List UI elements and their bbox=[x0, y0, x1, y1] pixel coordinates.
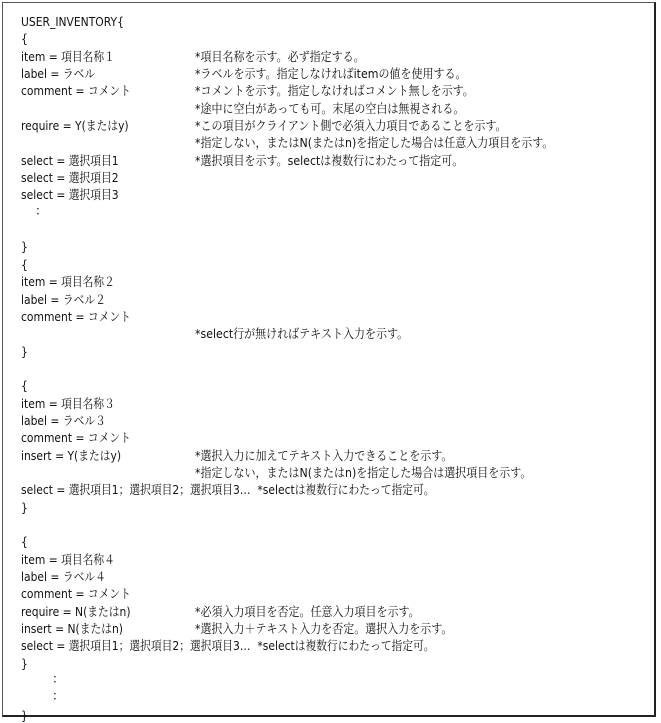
code-line: insert = Y(またはy)*選択入力に加えてテキスト入力できることを示す。 bbox=[21, 447, 661, 464]
code-line: comment = コメント*コメントを示す。指定しなければコメント無しを示す。 bbox=[21, 82, 661, 99]
code-line: require = Y(またはy)*この項目がクライアント側で必須入力項目である… bbox=[21, 117, 661, 134]
code-line: label = ラベル４ bbox=[21, 568, 661, 585]
line-note: *指定しない，またはN(またはn)を指定した場合は任意入力項目を示す。 bbox=[195, 134, 553, 151]
code-line bbox=[21, 221, 661, 238]
code-line: select = 選択項目2 bbox=[21, 169, 661, 186]
line-key: USER_INVENTORY{ bbox=[21, 13, 124, 30]
code-line: *指定しない，またはN(またはn)を指定した場合は任意入力項目を示す。 bbox=[21, 134, 661, 151]
document-frame: USER_INVENTORY{ { item = 項目名称１*項目名称を示す。必… bbox=[2, 2, 656, 717]
code-line: } bbox=[21, 238, 661, 255]
line-key: comment = コメント bbox=[21, 429, 131, 446]
line-key: comment = コメント bbox=[21, 308, 131, 325]
code-line: insert = N(またはn)*選択入力＋テキスト入力を否定。選択入力を示す。 bbox=[21, 620, 661, 637]
line-key: } bbox=[21, 707, 28, 723]
line-note: *指定しない，またはN(またはn)を指定した場合は選択項目を示す。 bbox=[195, 464, 531, 481]
code-line: comment = コメント bbox=[21, 429, 661, 446]
line-key: item = 項目名称３ bbox=[21, 395, 115, 412]
line-note: *ラベルを示す。指定しなければitemの値を使用する。 bbox=[195, 65, 466, 82]
code-listing: USER_INVENTORY{ { item = 項目名称１*項目名称を示す。必… bbox=[21, 13, 661, 723]
code-line: require = N(またはn)*必須入力項目を否定。任意入力項目を示す。 bbox=[21, 603, 661, 620]
line-key: comment = コメント bbox=[21, 82, 131, 99]
code-line: label = ラベル３ bbox=[21, 412, 661, 429]
code-line bbox=[21, 516, 661, 533]
code-line: { bbox=[21, 533, 661, 550]
line-key: { bbox=[21, 30, 28, 47]
code-line: comment = コメント bbox=[21, 585, 661, 602]
line-key: { bbox=[21, 377, 28, 394]
code-line: select = 選択項目3 bbox=[21, 186, 661, 203]
code-line bbox=[21, 360, 661, 377]
code-line: label = ラベル２ bbox=[21, 291, 661, 308]
line-key: item = 項目名称２ bbox=[21, 273, 115, 290]
line-key: item = 項目名称４ bbox=[21, 551, 115, 568]
code-line: select = 選択項目1；選択項目2；選択項目3… *selectは複数行に… bbox=[21, 481, 661, 498]
line-key: insert = N(またはn) bbox=[21, 620, 123, 637]
code-line: } bbox=[21, 343, 661, 360]
code-line: *途中に空白があっても可。末尾の空白は無視される。 bbox=[21, 100, 661, 117]
line-key: item = 項目名称１ bbox=[21, 48, 115, 65]
code-line: ： bbox=[21, 689, 661, 706]
line-key: insert = Y(またはy) bbox=[21, 447, 121, 464]
ellipsis-marker: ： bbox=[52, 687, 65, 704]
line-key: { bbox=[21, 533, 28, 550]
code-line: item = 項目名称１*項目名称を示す。必ず指定する。 bbox=[21, 48, 661, 65]
code-line: select = 選択項目1*選択項目を示す。selectは複数行にわたって指定… bbox=[21, 152, 661, 169]
line-key: } bbox=[21, 655, 28, 672]
code-line: comment = コメント bbox=[21, 308, 661, 325]
line-key: require = N(またはn) bbox=[21, 603, 131, 620]
line-note: *必須入力項目を否定。任意入力項目を示す。 bbox=[195, 603, 420, 620]
line-key: select = 選択項目1；選択項目2；選択項目3… *selectは複数行に… bbox=[21, 637, 434, 654]
line-note: *選択入力＋テキスト入力を否定。選択入力を示す。 bbox=[195, 620, 452, 637]
line-key: { bbox=[21, 256, 28, 273]
line-key: label = ラベル２ bbox=[21, 291, 106, 308]
line-note: *項目名称を示す。必ず指定する。 bbox=[195, 48, 365, 65]
line-note: *途中に空白があっても可。末尾の空白は無視される。 bbox=[195, 100, 464, 117]
line-key: label = ラベル４ bbox=[21, 568, 106, 585]
code-line: label = ラベル*ラベルを示す。指定しなければitemの値を使用する。 bbox=[21, 65, 661, 82]
line-note: *select行が無ければテキスト入力を示す。 bbox=[195, 325, 408, 342]
line-key: comment = コメント bbox=[21, 585, 131, 602]
line-key: select = 選択項目1 bbox=[21, 152, 119, 169]
code-line: } bbox=[21, 499, 661, 516]
code-line: ： bbox=[21, 672, 661, 689]
code-line: { bbox=[21, 377, 661, 394]
code-line: *select行が無ければテキスト入力を示す。 bbox=[21, 325, 661, 342]
line-key: } bbox=[21, 343, 28, 360]
code-line: } bbox=[21, 655, 661, 672]
code-line: item = 項目名称３ bbox=[21, 395, 661, 412]
code-line: select = 選択項目1；選択項目2；選択項目3… *selectは複数行に… bbox=[21, 637, 661, 654]
code-line: USER_INVENTORY{ bbox=[21, 13, 661, 30]
line-key: } bbox=[21, 499, 28, 516]
line-key: label = ラベル bbox=[21, 65, 95, 82]
code-line: item = 項目名称２ bbox=[21, 273, 661, 290]
code-line: *指定しない，またはN(またはn)を指定した場合は選択項目を示す。 bbox=[21, 464, 661, 481]
line-note: *この項目がクライアント側で必須入力項目であることを示す。 bbox=[195, 117, 507, 134]
code-line: { bbox=[21, 256, 661, 273]
code-line: item = 項目名称４ bbox=[21, 551, 661, 568]
line-note: *コメントを示す。指定しなければコメント無しを示す。 bbox=[195, 82, 474, 99]
line-key: select = 選択項目2 bbox=[21, 169, 119, 186]
line-note: *選択入力に加えてテキスト入力できることを示す。 bbox=[195, 447, 452, 464]
line-key: } bbox=[21, 238, 28, 255]
ellipsis-marker: ： bbox=[52, 670, 65, 687]
line-key: require = Y(またはy) bbox=[21, 117, 129, 134]
line-key: label = ラベル３ bbox=[21, 412, 106, 429]
code-line: ： bbox=[21, 204, 661, 221]
code-line: { bbox=[21, 30, 661, 47]
line-note: *選択項目を示す。selectは複数行にわたって指定可。 bbox=[195, 152, 463, 169]
code-line: } bbox=[21, 707, 661, 723]
line-key: select = 選択項目1；選択項目2；選択項目3… *selectは複数行に… bbox=[21, 481, 434, 498]
ellipsis-marker: ： bbox=[35, 202, 48, 219]
